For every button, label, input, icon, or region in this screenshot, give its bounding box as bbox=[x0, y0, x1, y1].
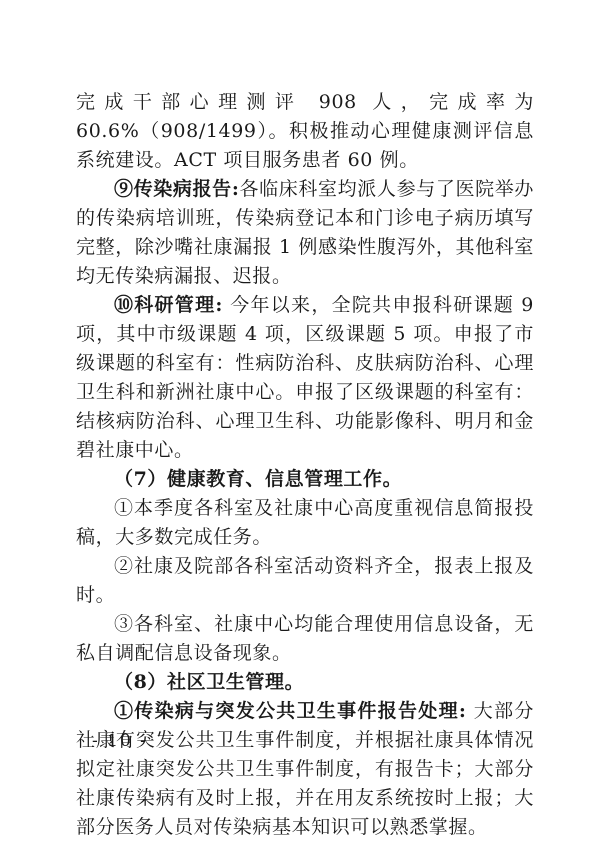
paragraph-infectious-disease-report: ⑨传染病报告:各临床科室均派人参与了医院举办的传染病培训班，传染病登记本和门诊电… bbox=[76, 175, 534, 291]
document-page: 完成干部心理测评 908 人，完成率为 60.6%（908/1499）。积极推动… bbox=[76, 88, 534, 842]
paragraph-text: ②社康及院部各科室活动资料齐全，报表上报及时。 bbox=[76, 555, 534, 606]
paragraph-research-management: ⑩科研管理: 今年以来，全院共申报科研课题 9 项，其中市级课题 4 项，区级课… bbox=[76, 291, 534, 465]
paragraph-text: ①本季度各科室及社康中心高度重视信息简报投稿，大多数完成任务。 bbox=[76, 497, 534, 548]
paragraph-activity-records: ②社康及院部各科室活动资料齐全，报表上报及时。 bbox=[76, 552, 534, 610]
paragraph-text: 完成干部心理测评 908 人，完成率为 60.6%（908/1499）。积极推动… bbox=[76, 91, 534, 171]
section-heading-community-health: （8）社区卫生管理。 bbox=[76, 668, 534, 697]
paragraph-info-equipment: ③各科室、社康中心均能合理使用信息设备，无私自调配信息设备现象。 bbox=[76, 610, 534, 668]
section-heading-health-education: （7）健康教育、信息管理工作。 bbox=[76, 465, 534, 494]
paragraph-info-briefs: ①本季度各科室及社康中心高度重视信息简报投稿，大多数完成任务。 bbox=[76, 494, 534, 552]
paragraph-text: ③各科室、社康中心均能合理使用信息设备，无私自调配信息设备现象。 bbox=[76, 613, 534, 664]
paragraph-psych-assessment: 完成干部心理测评 908 人，完成率为 60.6%（908/1499）。积极推动… bbox=[76, 88, 534, 175]
paragraph-public-health-emergency: ①传染病与突发公共卫生事件报告处理: 大部分社康有突发公共卫生事件制度，并根据社… bbox=[76, 697, 534, 842]
paragraph-lead: ⑨传染病报告: bbox=[114, 178, 239, 200]
paragraph-lead: ⑩科研管理: bbox=[114, 294, 223, 316]
paragraph-text: 今年以来，全院共申报科研课题 9 项，其中市级课题 4 项，区级课题 5 项。申… bbox=[76, 294, 534, 461]
paragraph-lead: ①传染病与突发公共卫生事件报告处理: bbox=[114, 700, 466, 722]
page-number: - 10 - bbox=[92, 731, 148, 751]
